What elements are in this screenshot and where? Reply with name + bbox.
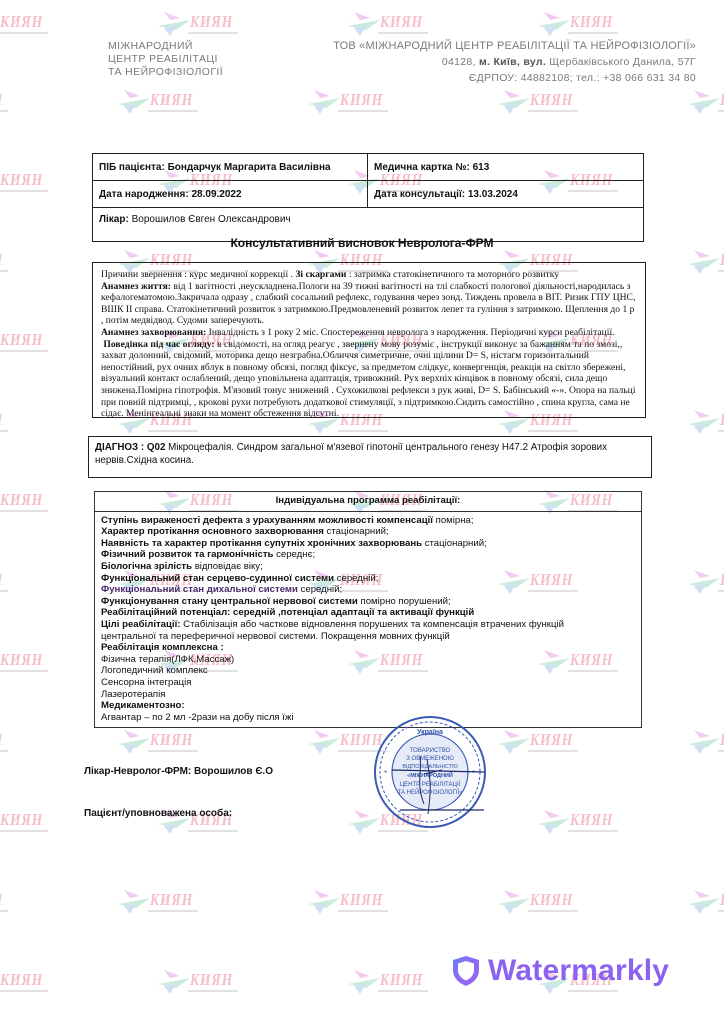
rehab-complex-item: Логопедичний комплекс — [101, 665, 635, 677]
rehab-item-value: середній; — [334, 573, 378, 584]
rehab-item-label: Реабілітаційний потенціал: середній ,пот… — [101, 607, 474, 618]
rehab-goals-label: Цілі реабілітації: — [101, 619, 180, 630]
rehab-item: Характер протікання основного захворюван… — [101, 526, 635, 538]
shield-icon — [452, 955, 480, 987]
rehab-item: Функціональний стан дихальної системи се… — [101, 584, 635, 596]
diagnosis-text: Мікроцефалія. Синдром загальної м'язевої… — [95, 442, 607, 466]
watermarkly-badge: Watermarkly — [452, 954, 669, 988]
rehab-item-value: помірно порушений; — [358, 596, 451, 607]
anamnesis-box: Причини звернення : курс медичної коррек… — [92, 262, 646, 418]
complaints-label: Зі скаргами — [295, 269, 346, 280]
reason-text: : курс медичної коррекції . — [182, 269, 295, 280]
rehab-goals-cont: центральної та переферичної нервової сис… — [101, 631, 635, 643]
rehab-item: Наявність та характер протікання супутні… — [101, 538, 635, 550]
medical-card-number: Медична картка №: 613 — [368, 154, 644, 181]
life-history-label: Анамнез життя: — [101, 281, 171, 292]
svg-text:З ОБМЕЖЕНОЮ: З ОБМЕЖЕНОЮ — [406, 756, 454, 762]
document-page: МІЖНАРОДНИЙ ЦЕНТР РЕАБІЛІТАЦІ ТА НЕЙРОФІ… — [0, 0, 724, 1024]
rehab-item-label: Функціональний стан дихальної системи — [101, 584, 298, 595]
address-city: м. Київ, вул. — [479, 56, 546, 68]
rehab-complex-label: Реабілітація комплексна : — [101, 642, 635, 654]
rehab-item-value: стаціонарний; — [324, 526, 389, 537]
life-history-text: від 1 вагітності ,неускладнена.Пологи на… — [101, 281, 635, 327]
consultation-date: Дата консультації: 13.03.2024 — [368, 181, 644, 208]
rehab-item-label: Функціонування стану центральної нервово… — [101, 596, 358, 607]
svg-text:*: * — [384, 769, 387, 778]
life-history-paragraph: Анамнез життя: від 1 вагітності ,неускла… — [101, 281, 637, 327]
clinic-name-line: ТА НЕЙРОФІЗІОЛОГІЇ — [108, 66, 223, 79]
address-street: Щербаківського Данила, 57Г — [546, 56, 696, 68]
complaints-text: : затримка статокінетичного та моторного… — [346, 269, 559, 280]
rehab-item-label: Фізичний розвиток та гармонічність — [101, 549, 273, 560]
rehab-item-value: відповідає віку; — [192, 561, 263, 572]
patient-name: ПІБ пацієнта: Бондарчук Маргарита Василі… — [93, 154, 368, 181]
doctor-name: Ворошилов Євген Олександрович — [129, 214, 291, 225]
rehab-item: Фізичний розвиток та гармонічність серед… — [101, 549, 635, 561]
rehab-item-value: середнє; — [273, 549, 315, 560]
rehab-item: Ступінь вираженості дефекта з урахування… — [101, 515, 635, 527]
doctor-label: Лікар: — [99, 214, 129, 225]
rehab-program-title: Індивідуальна программа реабілітації: — [95, 492, 641, 512]
rehab-item-value: помірна; — [433, 515, 474, 526]
address-postcode: 04128, — [442, 56, 479, 68]
rehab-item-label: Наявність та характер протікання супутні… — [101, 538, 422, 549]
rehab-program-body: Ступінь вираженості дефекта з урахування… — [95, 512, 641, 728]
rehab-item-value: середній; — [298, 584, 342, 595]
watermarkly-text: Watermarkly — [488, 954, 669, 988]
diagnosis-box: ДІАГНОЗ : Q02 Мікроцефалія. Синдром зага… — [88, 436, 652, 478]
medication-text: Агвантар – по 2 мл -2рази на добу після … — [101, 712, 635, 724]
birth-date: Дата народження: 28.09.2022 — [93, 181, 368, 208]
rehab-item-label: Характер протікання основного захворюван… — [101, 526, 324, 537]
rehab-item-value: стаціонарний; — [422, 538, 487, 549]
doctor-signature-line: Лікар-Невролог-ФРМ: Ворошилов Є.О — [84, 766, 273, 777]
rehab-item-label: Ступінь вираженості дефекта з урахування… — [101, 515, 433, 526]
rehab-item: Реабілітаційний потенціал: середній ,пот… — [101, 607, 635, 619]
company-registry: ЄДРПОУ: 44882108; тел.: +38 066 631 34 8… — [333, 70, 696, 86]
disease-history-label: Анамнез захворювання: — [101, 327, 206, 338]
company-address: 04128, м. Київ, вул. Щербаківського Дани… — [333, 54, 696, 70]
rehab-goals-text: Стабілізація або часткове відновлення по… — [180, 619, 563, 630]
diagnosis-label: ДІАГНОЗ : Q02 — [95, 442, 165, 453]
rehab-complex-item: Лазеротерапія — [101, 689, 635, 701]
medication-label: Медикаментозно: — [101, 700, 635, 712]
behavior-label: Поведінка під час огляду: — [103, 339, 214, 350]
rehab-item-label: Біологічна зрілість — [101, 561, 192, 572]
company-requisites: ТОВ «МІЖНАРОДНИЙ ЦЕНТР РЕАБІЛІТАЦІЇ ТА Н… — [333, 38, 696, 86]
patient-info-table: ПІБ пацієнта: Бондарчук Маргарита Василі… — [92, 153, 644, 242]
svg-text:ТОВАРИСТВО: ТОВАРИСТВО — [410, 748, 451, 754]
patient-signature-line: Пацієнт/уповноважена особа: — [84, 808, 232, 819]
reason-label: Причини звернення — [101, 269, 182, 280]
clinic-name-line: МІЖНАРОДНИЙ — [108, 40, 223, 53]
complex-label-text: Реабілітація комплексна : — [101, 642, 224, 653]
reason-paragraph: Причини звернення : курс медичної коррек… — [101, 269, 637, 281]
medication-label-text: Медикаментозно: — [101, 700, 185, 711]
official-stamp-icon: Україна ТОВАРИСТВО З ОБМЕЖЕНОЮ ВІДПОВІДА… — [372, 714, 488, 830]
rehab-complex-item: Фізична терапія(ЛФК,Массаж) — [101, 654, 635, 666]
document-title: Консультативний висновок Невролога-ФРМ — [0, 236, 724, 250]
rehab-goals: Цілі реабілітації: Стабілізація або част… — [101, 619, 635, 631]
rehab-item-label: Функціональний стан серцево-судинної сис… — [101, 573, 334, 584]
disease-history-text: Інвалідність з 1 року 2 міс. Спостережен… — [206, 327, 614, 338]
rehab-item: Біологічна зрілість відповідає віку; — [101, 561, 635, 573]
rehab-item: Функціонування стану центральної нервово… — [101, 596, 635, 608]
company-name: ТОВ «МІЖНАРОДНИЙ ЦЕНТР РЕАБІЛІТАЦІЇ ТА Н… — [333, 38, 696, 54]
behavior-text: в свідомості, на огляд реагує , звернену… — [101, 339, 636, 420]
svg-text:ВІДПОВІДАЛЬНІСТЮ: ВІДПОВІДАЛЬНІСТЮ — [402, 764, 458, 770]
rehab-program-box: Індивідуальна программа реабілітації: Ст… — [94, 491, 642, 728]
svg-text:Україна: Україна — [417, 729, 443, 736]
clinic-name-line: ЦЕНТР РЕАБІЛІТАЦІ — [108, 53, 223, 66]
rehab-complex-item: Сенсорна інтеграція — [101, 677, 635, 689]
svg-text:*: * — [472, 769, 475, 778]
behavior-paragraph: Поведінка під час огляду: в свідомості, … — [101, 339, 637, 420]
clinic-logo-text: МІЖНАРОДНИЙ ЦЕНТР РЕАБІЛІТАЦІ ТА НЕЙРОФІ… — [108, 40, 223, 79]
disease-history-paragraph: Анамнез захворювання: Інвалідність з 1 р… — [101, 327, 637, 339]
rehab-item: Функціональний стан серцево-судинної сис… — [101, 573, 635, 585]
